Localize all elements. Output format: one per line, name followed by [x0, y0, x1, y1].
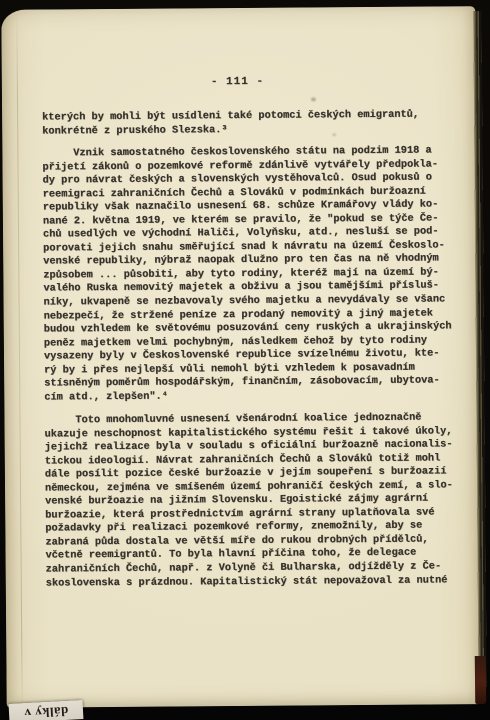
book-page: - 111 - kterých by mohli být usídleni ta…	[1, 6, 480, 708]
page-number: - 111 -	[211, 76, 264, 88]
ink-speck	[332, 133, 336, 136]
bottom-scrap: dálky v	[9, 700, 84, 720]
page-edge-accent	[475, 656, 487, 704]
ink-speck	[311, 97, 316, 101]
page-crease-line	[16, 10, 22, 708]
scrap-text: dálky v	[23, 702, 68, 720]
scan-background: - 111 - kterých by mohli být usídleni ta…	[0, 0, 490, 720]
body-paragraph-3: Toto mnohomluvné usnesení všenárodní koa…	[44, 411, 453, 590]
body-paragraph-1: kterých by mohli být usídleni také potom…	[42, 109, 419, 139]
body-paragraph-2: Vznik samostatného československého stát…	[42, 144, 452, 405]
